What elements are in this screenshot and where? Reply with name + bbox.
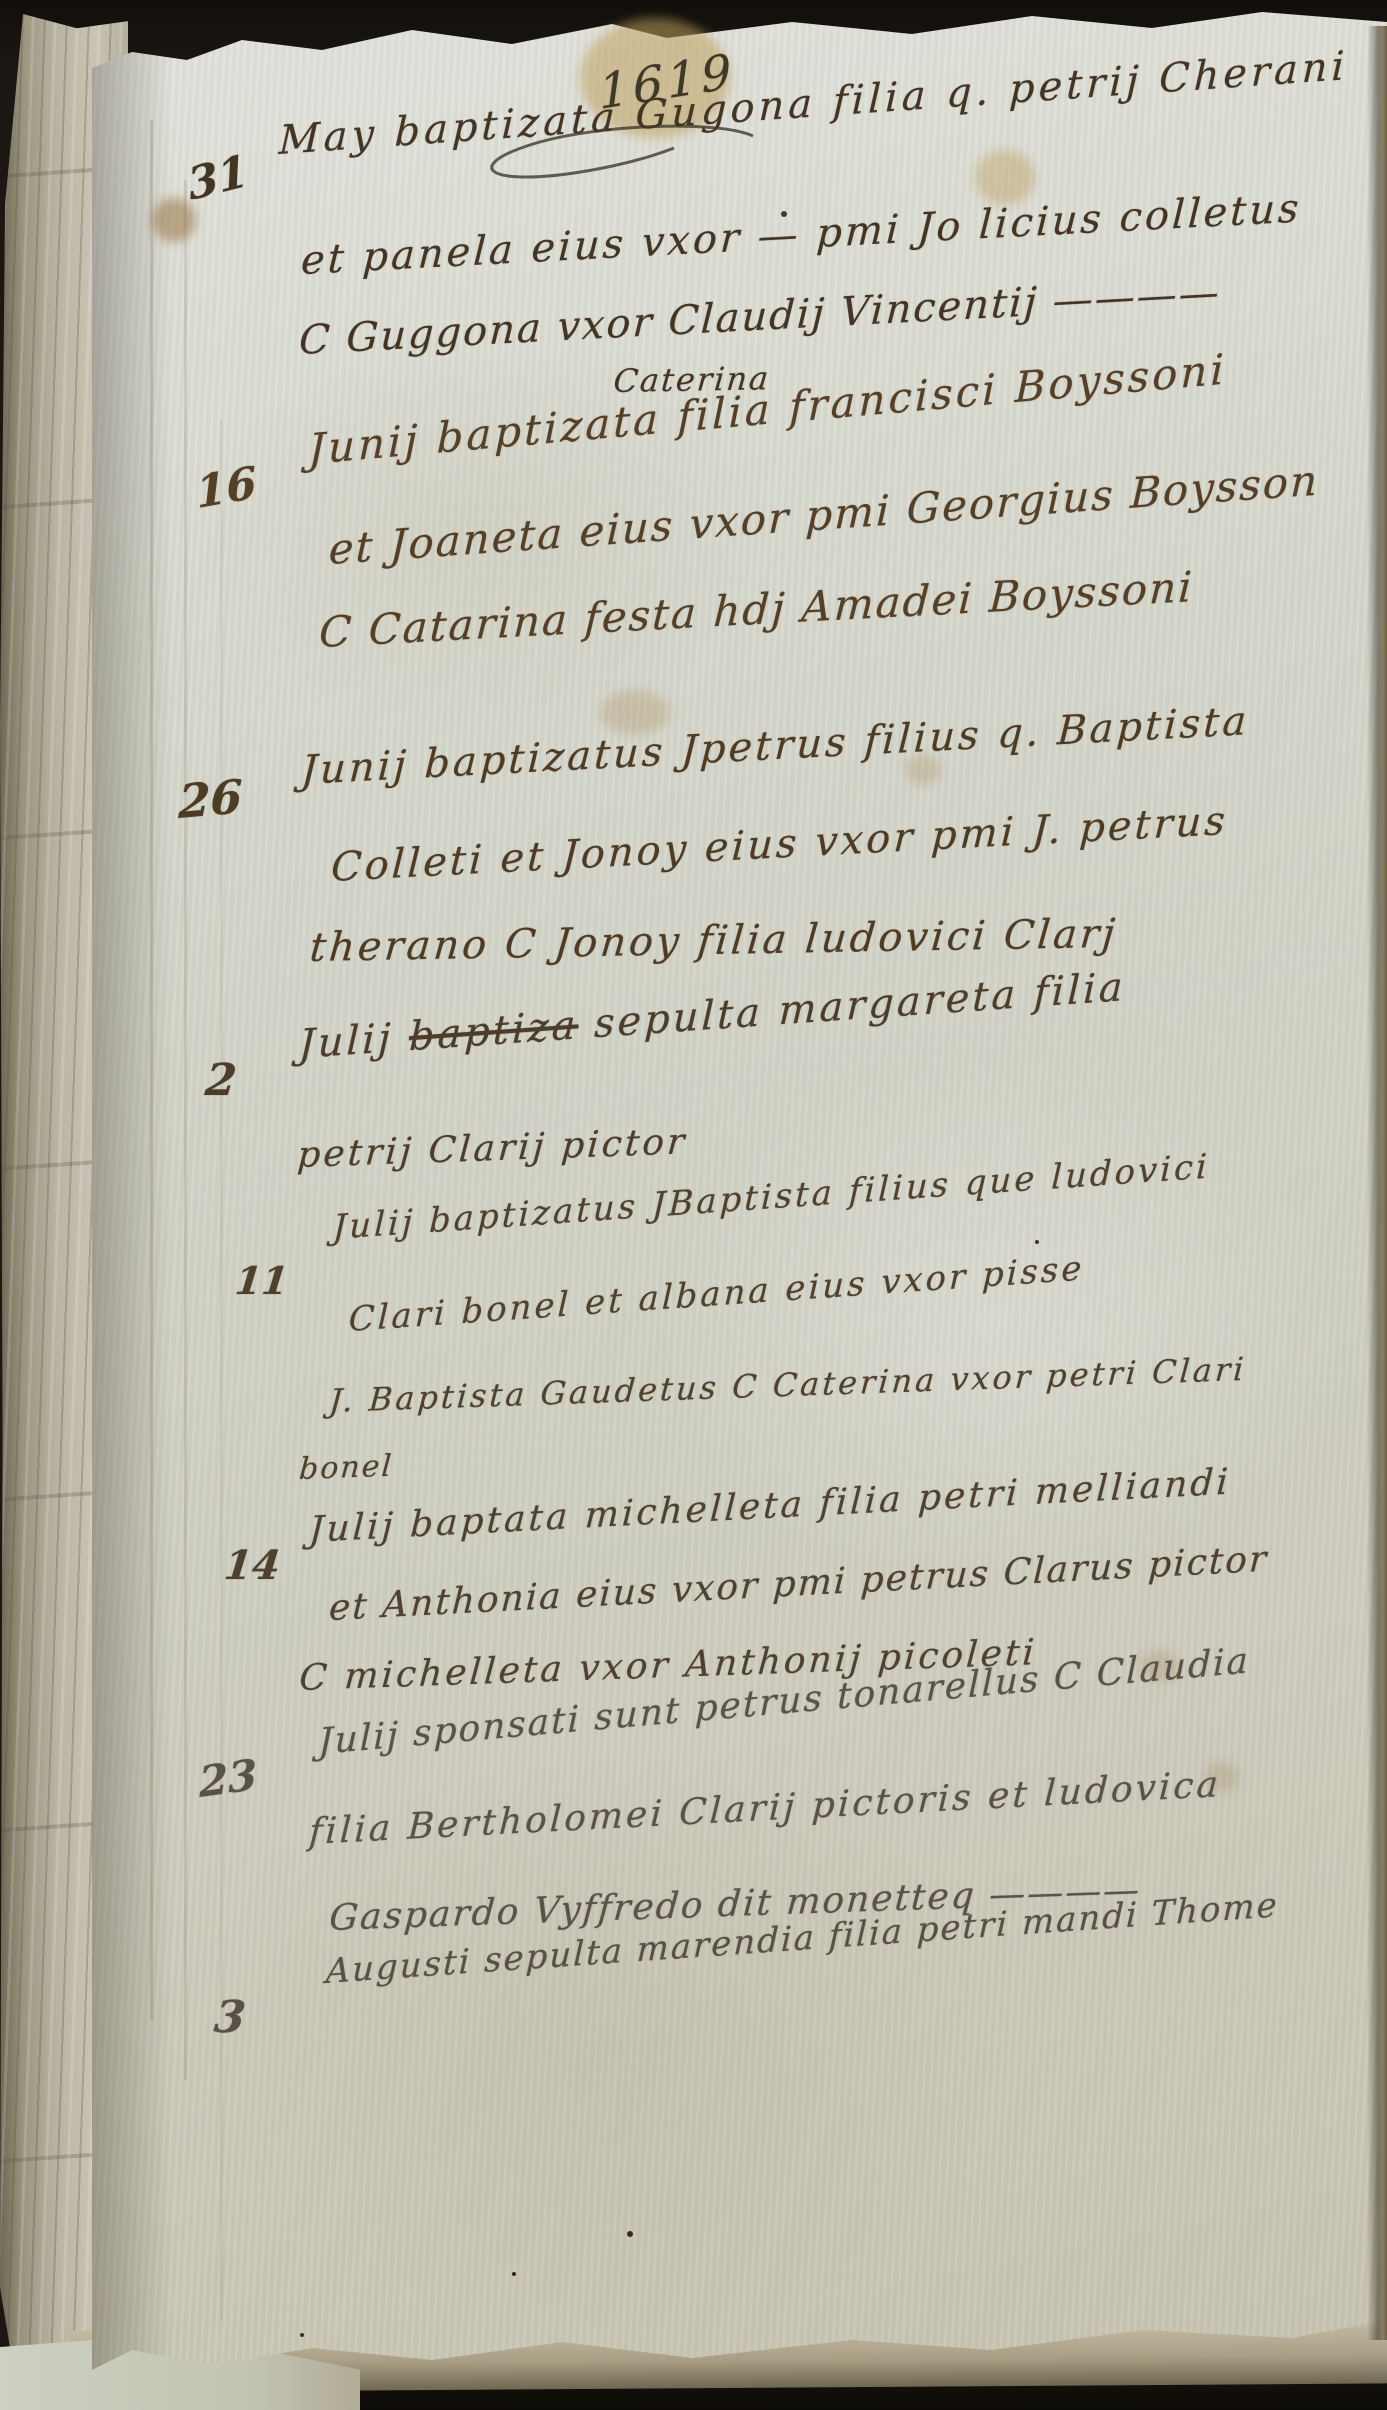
entry-line: et panela eius vxor — pmi Jo licius coll… [300, 185, 1303, 284]
entry-line: filia Bertholomei Clarij pictoris et lud… [308, 1764, 1222, 1853]
entry-margin-number: 31 [185, 145, 252, 211]
entry-margin-number: 11 [233, 1258, 291, 1303]
entry-margin-number: 3 [212, 1992, 248, 2043]
entry-line: et Joaneta eius vxor pmi Georgius Boysso… [328, 456, 1320, 574]
manuscript-scan: 1619 31May baptizata Gugona filia q. pet… [0, 0, 1387, 2410]
entry-line: Julij baptata michelleta filia petri mel… [308, 1462, 1232, 1551]
entry-line: J. Baptista Gaudetus C Caterina vxor pet… [328, 1350, 1248, 1420]
entry-margin-number: 23 [198, 1750, 258, 1807]
entry-line: Julij baptiza sepulta margareta filia [298, 964, 1126, 1068]
entry-margin-number: 2 [203, 1055, 239, 1106]
struck-word: baptiza [408, 1002, 579, 1060]
entry-line: petrij Clarij pictor [296, 1121, 689, 1176]
entry-line: May baptizata Gugona filia q. petrij Che… [278, 43, 1349, 164]
line-text: sepulta margareta filia [578, 964, 1127, 1048]
entry-margin-number: 26 [178, 769, 243, 829]
entry-line: bonel [298, 1449, 394, 1487]
entry-line: C Catarina festa hdj Amadei Boyssoni [318, 562, 1195, 657]
entry-line: Colleti et Jonoy eius vxor pmi J. petrus [330, 798, 1229, 891]
entry-line: therano C Jonoy filia ludovici Clarj [308, 911, 1120, 971]
entry-line: et Anthonia eius vxor pmi petrus Clarus … [328, 1539, 1269, 1629]
line-text: Julij [298, 1014, 410, 1068]
entry-line: Clari bonel et albana eius vxor pisse [348, 1248, 1085, 1340]
entry-line: Junij baptizatus Jpetrus filius q. Bapti… [300, 698, 1250, 794]
entries-layer: 1619 31May baptizata Gugona filia q. pet… [0, 0, 1387, 2410]
entry-margin-number: 16 [194, 457, 258, 519]
entry-line: C Guggona vxor Claudij Vincentij ———— [298, 270, 1222, 364]
entry-margin-number: 14 [222, 1542, 283, 1589]
